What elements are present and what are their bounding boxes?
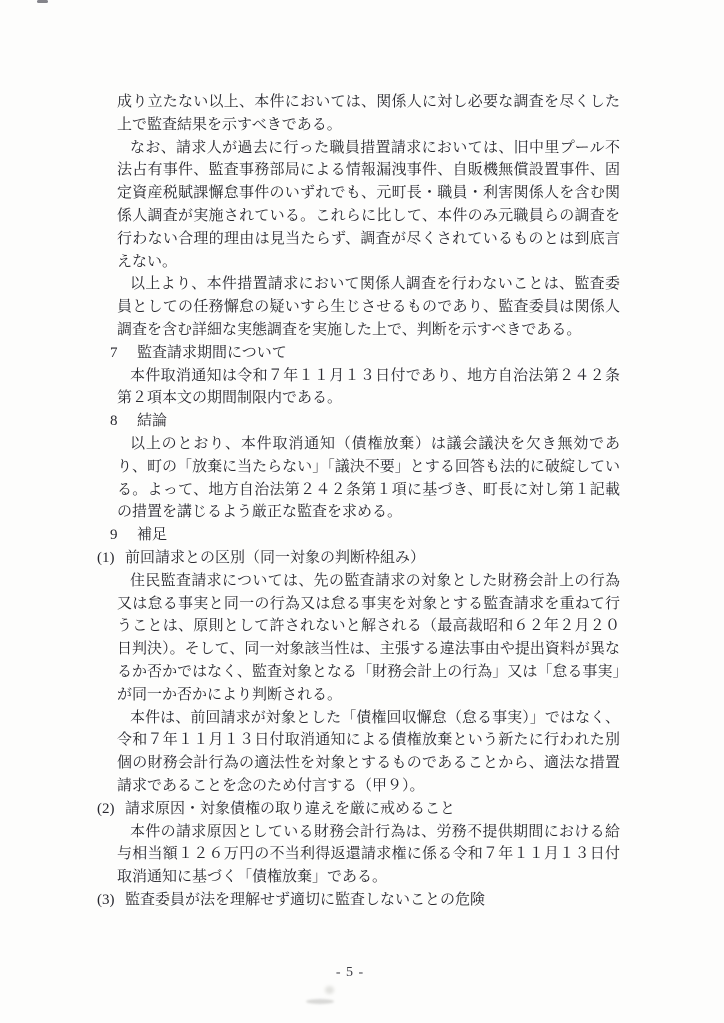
page-number: - 5 - (0, 965, 700, 981)
document-body: 成り立たない以上、本件においては、関係人に対し必要な調査を尽くした上で監査結果を… (117, 91, 620, 912)
heading-title: 監査委員が法を理解せず適切に監査しないことの危険 (125, 892, 485, 908)
paragraph: 住民監査請求については、先の監査請求の対象とした財務会計上の行為又は怠る事実と同… (117, 570, 620, 707)
paragraph: 以上より、本件措置請求において関係人調査を行わないことは、監査委員としての任務懈… (117, 273, 620, 341)
heading-title: 請求原因・対象債権の取り違えを厳に戒めること (125, 801, 455, 817)
heading-title: 前回請求との区別（同一対象の判断枠組み） (125, 550, 425, 566)
paragraph: 本件の請求原因としている財務会計行為は、労務不提供期間における給与相当額１２６万… (117, 821, 620, 889)
section-number: 7 (110, 342, 137, 365)
scan-smudge (325, 986, 334, 994)
paragraph: 本件取消通知は令和７年１１月１３日付であり、地方自治法第２４２条第２項本文の期間… (117, 365, 620, 411)
sub-heading: (3)監査委員が法を理解せず適切に監査しないことの危険 (117, 889, 620, 912)
paragraph: 本件は、前回請求が対象とした「債権回収懈怠（怠る事実）」ではなく、令和７年１１月… (117, 707, 620, 798)
sub-heading: (2)請求原因・対象債権の取り違えを厳に戒めること (117, 798, 620, 821)
paragraph: 成り立たない以上、本件においては、関係人に対し必要な調査を尽くした上で監査結果を… (117, 91, 620, 137)
subitem-marker: (1) (97, 547, 125, 570)
section-number: 8 (110, 410, 137, 433)
section-heading: 8結論 (110, 410, 620, 433)
sub-heading: (1)前回請求との区別（同一対象の判断枠組み） (117, 547, 620, 570)
subitem-marker: (2) (97, 798, 125, 821)
heading-title: 監査請求期間について (137, 345, 287, 361)
heading-title: 結論 (137, 413, 167, 429)
section-heading: 9補足 (110, 524, 620, 547)
section-heading: 7監査請求期間について (110, 342, 620, 365)
paragraph: なお、請求人が過去に行った職員措置請求においては、旧中里プール不法占有事件、監査… (117, 137, 620, 274)
scan-smudge (306, 999, 334, 1004)
scanned-document-page: 成り立たない以上、本件においては、関係人に対し必要な調査を尽くした上で監査結果を… (0, 0, 724, 1023)
heading-title: 補足 (137, 527, 167, 543)
subitem-marker: (3) (97, 889, 125, 912)
section-number: 9 (110, 524, 137, 547)
paragraph: 以上のとおり、本件取消通知（債権放棄）は議会議決を欠き無効であり、町の「放棄に当… (117, 433, 620, 524)
scan-speck (37, 0, 48, 3)
